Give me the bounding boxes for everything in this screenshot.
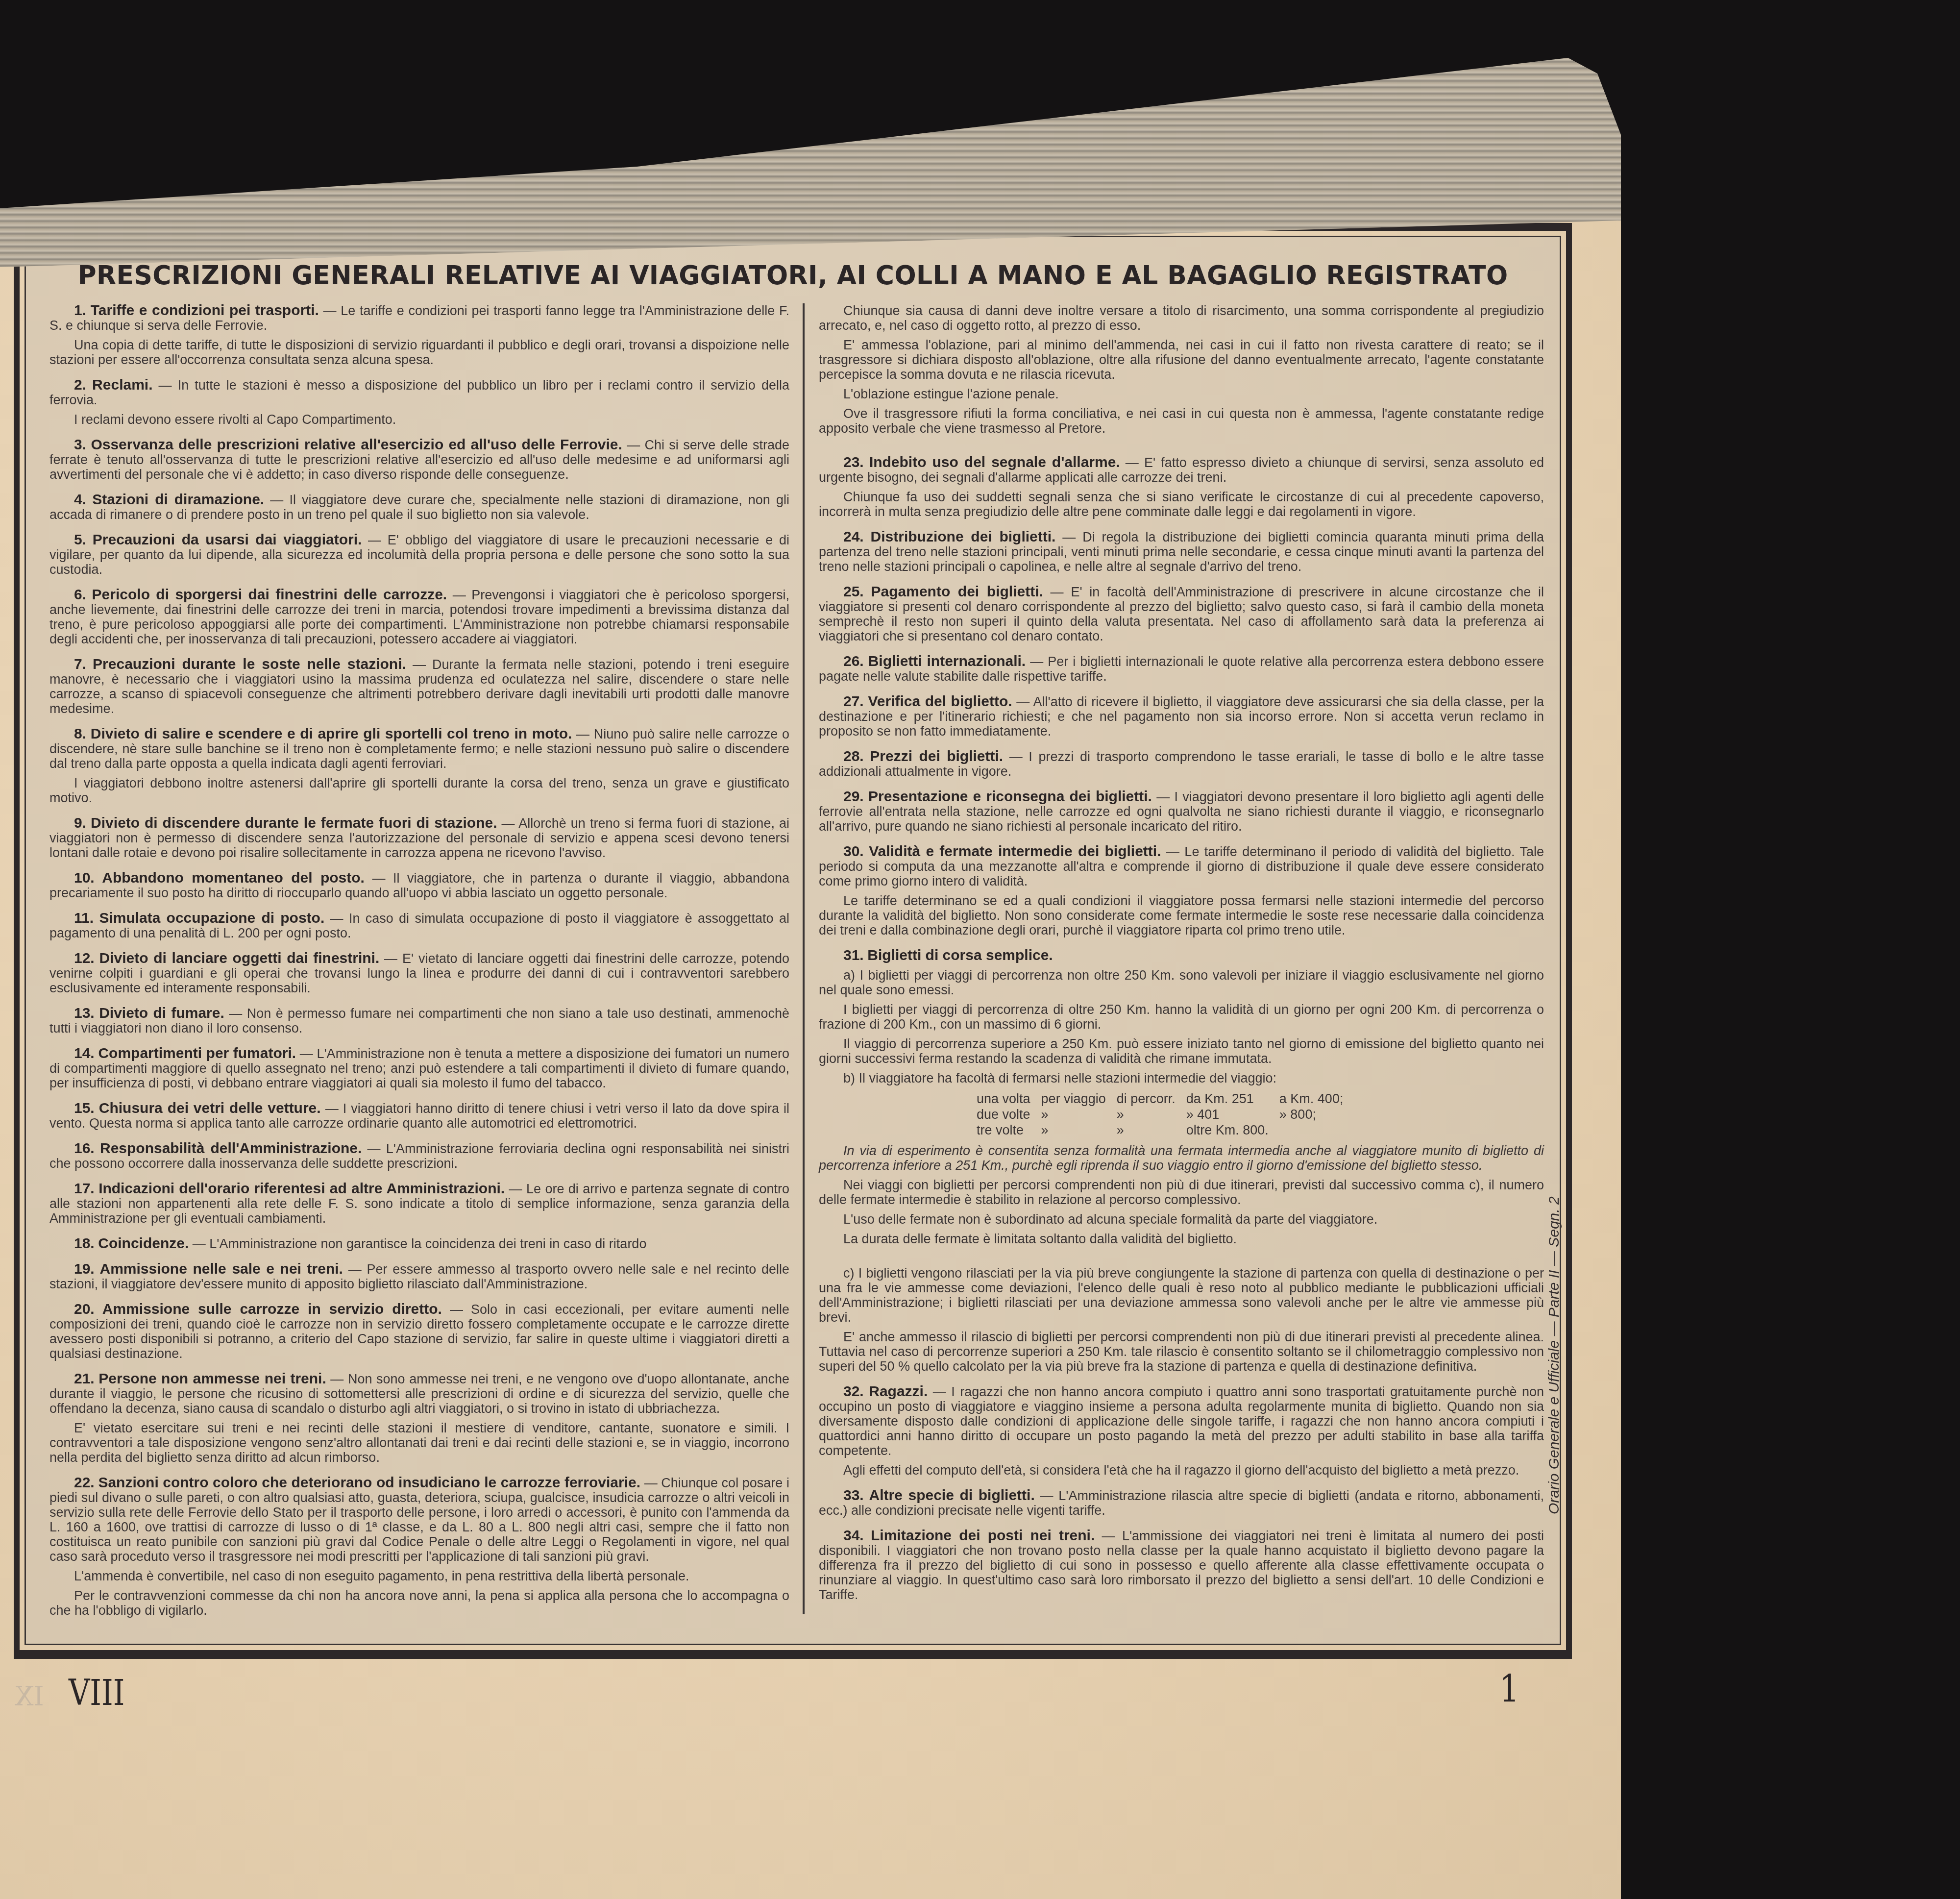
article-14: 14. Compartimenti per fumatori. — L'Ammi… — [49, 1046, 789, 1090]
article-21: 21. Persone non ammesse nei treni. — Non… — [49, 1372, 789, 1465]
article-7: 7. Precauzioni durante le soste nelle st… — [49, 657, 789, 716]
page-number: 1 — [1499, 1668, 1519, 1711]
article-30: 30. Validità e fermate intermedie dei bi… — [819, 844, 1544, 937]
table-row: due volte»»» 401» 800; — [977, 1107, 1353, 1122]
article-18: 18. Coincidenze. — L'Amministrazione non… — [49, 1236, 789, 1251]
section-heading: PRESCRIZIONI GENERALI RELATIVE AI VIAGGI… — [61, 261, 1525, 291]
article-4: 4. Stazioni di diramazione. — Il viaggia… — [49, 493, 789, 522]
article-29: 29. Presentazione e riconsegna dei bigli… — [819, 789, 1544, 834]
signature-mark: Orario Generale e Ufficiale — Parte II —… — [1546, 1196, 1563, 1514]
article-17: 17. Indicazioni dell'orario riferentesi … — [49, 1182, 789, 1226]
article-13: 13. Divieto di fumare. — Non è permesso … — [49, 1006, 789, 1036]
book-page: PARTE II (Ufficiale) PRESCRIZIONI GENERA… — [0, 0, 1621, 1899]
article-22-continuation: Chiunque sia causa di danni deve inoltre… — [819, 303, 1544, 436]
right-column: Chiunque sia causa di danni deve inoltre… — [819, 303, 1544, 1613]
table-row: tre volte»»oltre Km. 800. — [977, 1123, 1353, 1137]
article-15: 15. Chiusura dei vetri delle vetture. — … — [49, 1101, 789, 1131]
show-through-page-number: IX — [15, 1681, 44, 1712]
article-5: 5. Precauzioni da usarsi dai viaggiatori… — [49, 533, 789, 577]
article-19: 19. Ammissione nelle sale e nei treni. —… — [49, 1262, 789, 1291]
article-8: 8. Divieto di salire e scendere e di apr… — [49, 727, 789, 805]
article-33: 33. Altre specie di biglietti. — L'Ammin… — [819, 1488, 1544, 1518]
page-number-roman: VIII — [69, 1673, 124, 1714]
article-34: 34. Limitazione dei posti nei treni. — L… — [819, 1529, 1544, 1602]
article-3: 3. Osservanza delle prescrizioni relativ… — [49, 438, 789, 482]
article-1: 1. Tariffe e condizioni pei trasporti. —… — [49, 303, 789, 367]
article-16: 16. Responsabilità dell'Amministrazione.… — [49, 1141, 789, 1171]
article-25: 25. Pagamento dei biglietti. — E' in fac… — [819, 585, 1544, 643]
article-31: 31. Biglietti di corsa semplice. a) I bi… — [819, 948, 1544, 1374]
italic-note: In via di esperimento è consentita senza… — [819, 1143, 1544, 1173]
article-6: 6. Pericolo di sporgersi dai finestrini … — [49, 588, 789, 646]
article-9: 9. Divieto di discendere durante le ferm… — [49, 816, 789, 860]
article-10: 10. Abbandono momentaneo del posto. — Il… — [49, 871, 789, 900]
article-20: 20. Ammissione sulle carrozze in servizi… — [49, 1302, 789, 1361]
article-27: 27. Verifica del biglietto. — All'atto d… — [819, 694, 1544, 739]
stops-table: una voltaper viaggiodi percorr.da Km. 25… — [976, 1090, 1354, 1138]
article-22: 22. Sanzioni contro coloro che deteriora… — [49, 1476, 789, 1618]
article-12: 12. Divieto di lanciare oggetti dai fine… — [49, 951, 789, 995]
content-frame: PRESCRIZIONI GENERALI RELATIVE AI VIAGGI… — [14, 223, 1572, 1659]
article-28: 28. Prezzi dei biglietti. — I prezzi di … — [819, 749, 1544, 779]
article-11: 11. Simulata occupazione di posto. — In … — [49, 911, 789, 940]
article-24: 24. Distribuzione dei biglietti. — Di re… — [819, 530, 1544, 574]
article-26: 26. Biglietti internazionali. — Per i bi… — [819, 654, 1544, 684]
article-23: 23. Indebito uso del segnale d'allarme. … — [819, 455, 1544, 519]
article-32: 32. Ragazzi. — I ragazzi che non hanno a… — [819, 1384, 1544, 1478]
column-divider — [803, 303, 805, 1614]
left-column: 1. Tariffe e condizioni pei trasporti. —… — [49, 303, 789, 1628]
table-row: una voltaper viaggiodi percorr.da Km. 25… — [977, 1091, 1353, 1106]
article-2: 2. Reclami. — In tutte le stazioni è mes… — [49, 378, 789, 427]
